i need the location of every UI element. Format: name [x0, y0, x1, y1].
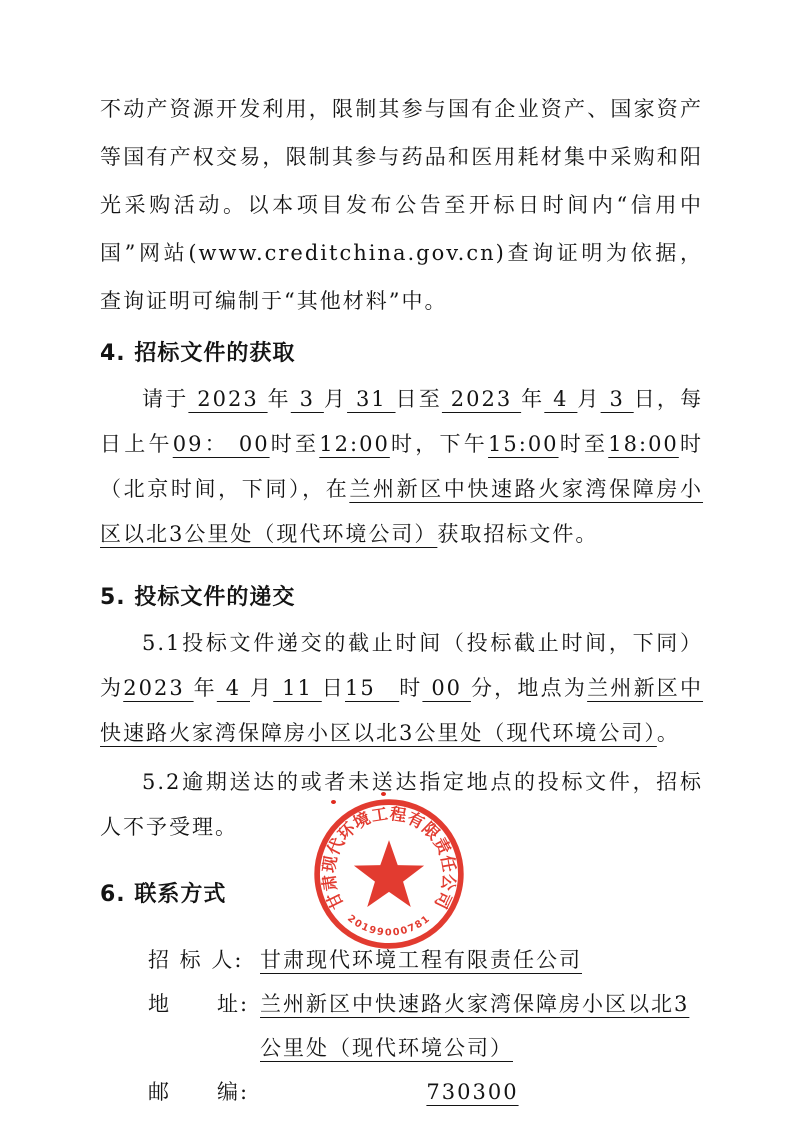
text-run: 年: [194, 676, 217, 700]
text-run: 年: [268, 387, 291, 411]
address-value: 兰州新区中快速路火家湾保障房小区以北3公里处（现代环境公司）: [260, 982, 703, 1070]
filled-blank: 31: [347, 387, 395, 411]
text-run: 年: [521, 387, 544, 411]
company-seal-stamp: 甘肃现代环境工程有限责任公司 20199000781: [312, 797, 466, 951]
text-run: 时，下午: [390, 432, 488, 456]
text-run: 时: [399, 676, 422, 700]
filled-blank: 18:00: [608, 432, 679, 456]
text-run: 请于: [142, 387, 188, 411]
filled-blank: 2023: [123, 676, 193, 700]
section4-paragraph: 请于 2023 年 3 月 31 日至 2023 年 4 月 3 日，每日上午0…: [100, 377, 703, 557]
text-run: 时至: [559, 432, 609, 456]
filled-blank: 09： 00: [173, 432, 270, 456]
seal-star-icon: [354, 840, 424, 907]
intro-paragraph: 不动产资源开发利用，限制其参与国有企业资产、国家资产等国有产权交易，限制其参与药…: [100, 85, 703, 325]
filled-blank: 12:00: [319, 432, 390, 456]
filled-blank: 11: [273, 676, 322, 700]
section5-1-paragraph: 5.1投标文件递交的截止时间（投标截止时间，下同）为2023 年 4 月 11 …: [100, 621, 703, 756]
text-run: 日至: [396, 387, 442, 411]
text-run: 月: [324, 387, 347, 411]
filled-blank: 00: [422, 676, 471, 700]
filled-blank: 4: [544, 387, 577, 411]
section4-heading: 4. 招标文件的获取: [100, 339, 703, 369]
document-page: 不动产资源开发利用，限制其参与国有企业资产、国家资产等国有产权交易，限制其参与药…: [0, 0, 800, 1131]
address-label: 地 址:: [148, 982, 260, 1026]
postal-value: 730300: [260, 1070, 685, 1114]
filled-blank: 4: [217, 676, 250, 700]
svg-text:20199000781: 20199000781: [345, 913, 433, 939]
text-run: 获取招标文件。: [437, 522, 598, 546]
contact-row-address: 地 址: 兰州新区中快速路火家湾保障房小区以北3公里处（现代环境公司）: [148, 982, 703, 1070]
seal-registration-number: 20199000781: [345, 913, 433, 939]
section5-heading: 5. 投标文件的递交: [100, 583, 703, 613]
filled-blank: 15: [345, 676, 399, 700]
tenderer-label: 招 标 人:: [148, 938, 260, 982]
seal-ink-speck: [331, 800, 336, 804]
contact-list: 招 标 人: 甘肃现代环境工程有限责任公司 地 址: 兰州新区中快速路火家湾保障…: [100, 938, 703, 1114]
text-run: 。: [657, 721, 680, 745]
seal-ink-speck: [381, 792, 386, 796]
filled-blank: 15:00: [488, 432, 559, 456]
postal-label: 邮 编:: [148, 1070, 260, 1114]
filled-blank: 3: [601, 387, 634, 411]
text-run: 时至: [270, 432, 320, 456]
contact-row-postal: 邮 编: 730300: [148, 1070, 703, 1114]
text-run: 分，地点为: [471, 676, 587, 700]
text-run: 日: [322, 676, 345, 700]
filled-blank: 3: [291, 387, 324, 411]
text-run: 月: [577, 387, 600, 411]
filled-blank: 2023: [188, 387, 267, 411]
text-run: 月: [250, 676, 273, 700]
filled-blank: 2023: [442, 387, 521, 411]
